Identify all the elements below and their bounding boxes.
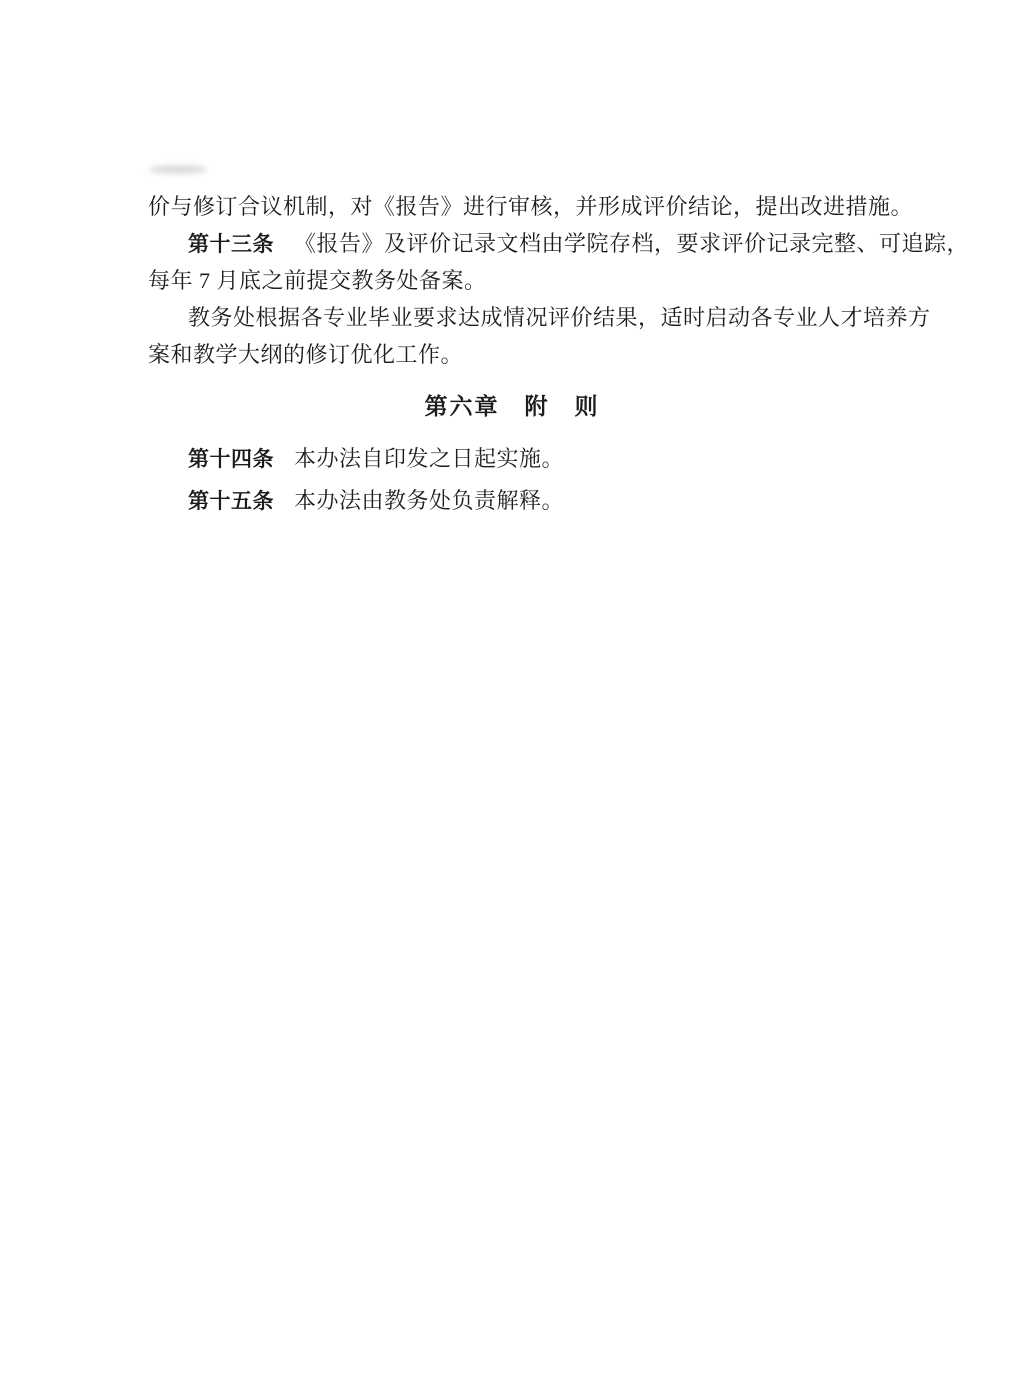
article-label: 第十三条 <box>188 233 274 256</box>
body-line: 案和教学大纲的修订优化工作。 <box>148 341 888 370</box>
article-label: 第十五条 <box>188 490 274 513</box>
body-line: 第十五条本办法由教务处负责解释。 <box>188 487 888 516</box>
body-text: 每年 7 月底之前提交教务处备案。 <box>148 268 487 293</box>
scan-artifact-smudge <box>149 165 207 174</box>
body-line: 第十三条《报告》及评价记录文档由学院存档，要求评价记录完整、可追踪， <box>188 230 888 259</box>
document-page: 价与修订合议机制，对《报告》进行审核，并形成评价结论，提出改进措施。 第十三条《… <box>0 0 1024 1379</box>
body-line: 每年 7 月底之前提交教务处备案。 <box>148 267 888 296</box>
body-text: 价与修订合议机制，对《报告》进行审核，并形成评价结论，提出改进措施。 <box>148 194 913 219</box>
body-text: 案和教学大纲的修订优化工作。 <box>148 342 463 367</box>
body-text: 《报告》及评价记录文档由学院存档，要求评价记录完整、可追踪， <box>294 231 969 256</box>
body-line: 教务处根据各专业毕业要求达成情况评价结果，适时启动各专业人才培养方 <box>188 304 888 333</box>
body-text: 教务处根据各专业毕业要求达成情况评价结果，适时启动各专业人才培养方 <box>188 305 931 330</box>
chapter-heading: 第六章 附 则 <box>0 388 1024 421</box>
body-text: 本办法自印发之日起实施。 <box>294 446 564 471</box>
body-text: 本办法由教务处负责解释。 <box>294 488 564 513</box>
body-line: 第十四条本办法自印发之日起实施。 <box>188 445 888 474</box>
article-label: 第十四条 <box>188 448 274 471</box>
body-line: 价与修订合议机制，对《报告》进行审核，并形成评价结论，提出改进措施。 <box>148 193 888 222</box>
